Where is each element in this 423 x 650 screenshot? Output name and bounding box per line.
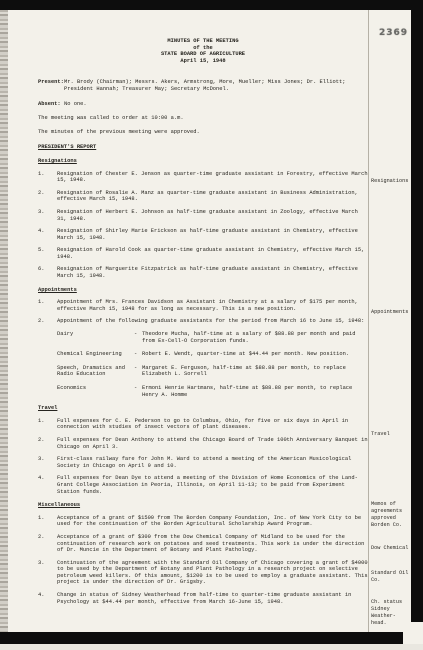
resignation-item: 3. Resignation of Herbert E. Johnson as …: [38, 209, 368, 222]
document-title-block: MINUTES OF THE MEETING of the STATE BOAR…: [38, 38, 368, 64]
item-number: 1.: [38, 418, 57, 431]
miscellaneous-item: 3. Continuation of the agreement with th…: [38, 560, 368, 586]
travel-item: 3. First-class railway fare for John M. …: [38, 456, 368, 469]
item-text: Full expenses for C. E. Pederson to go t…: [57, 418, 368, 431]
item-text: Resignation of Marguerite Fitzpatrick as…: [57, 266, 368, 279]
appointments-heading: Appointments: [38, 287, 368, 294]
dash-separator: -: [134, 385, 142, 398]
resignation-item: 6. Resignation of Marguerite Fitzpatrick…: [38, 266, 368, 279]
travel-item: 1. Full expenses for C. E. Pederson to g…: [38, 418, 368, 431]
resignations-heading: Resignations: [38, 158, 368, 165]
assistant-detail: Ermoni Henrie Hartmans, half-time at $88…: [142, 385, 368, 398]
document-body: MINUTES OF THE MEETING of the STATE BOAR…: [38, 38, 368, 611]
title-line-1: MINUTES OF THE MEETING: [38, 38, 368, 45]
margin-note-standard-oil: Standard Oil Co.: [371, 570, 413, 584]
margin-note-appointments: Appointments: [371, 309, 413, 316]
item-number: 6.: [38, 266, 57, 279]
item-text: Resignation of Harold Cook as quarter-ti…: [57, 247, 368, 260]
travel-item: 4. Full expenses for Dean Dye to attend …: [38, 475, 368, 495]
minutes-approved-line: The minutes of the previous meeting were…: [38, 129, 368, 136]
margin-note-borden: Memos of agreements approved Borden Co.: [371, 501, 413, 529]
item-number: 1.: [38, 299, 57, 312]
margin-note-travel: Travel: [371, 431, 413, 438]
item-number: 2.: [38, 190, 57, 203]
resignation-item: 5. Resignation of Harold Cook as quarter…: [38, 247, 368, 260]
item-text: Acceptance of a grant of $300 from the D…: [57, 534, 368, 554]
item-text: Resignation of Herbert E. Johnson as hal…: [57, 209, 368, 222]
graduate-assistant-row: Economics - Ermoni Henrie Hartmans, half…: [57, 385, 368, 398]
margin-note-resignations: Resignations: [371, 178, 413, 185]
item-text: Resignation of Rosalie A. Manz as quarte…: [57, 190, 368, 203]
absent-label: Absent:: [38, 101, 64, 108]
assistant-detail: Theodore Mucha, half-time at a salary of…: [142, 331, 368, 344]
page-number-stamp: 2369: [379, 28, 408, 38]
department: Chemical Engineering: [57, 351, 134, 358]
miscellaneous-heading: Miscellaneous: [38, 502, 368, 509]
dash-separator: -: [134, 331, 142, 344]
item-text: Appointment of the following graduate as…: [57, 318, 368, 325]
graduate-assistant-row: Dairy - Theodore Mucha, half-time at a s…: [57, 331, 368, 344]
margin-divider-line: [368, 10, 369, 632]
item-number: 3.: [38, 209, 57, 222]
resignation-item: 1. Resignation of Chester E. Jenson as q…: [38, 171, 368, 184]
item-text: Full expenses for Dean Anthony to attend…: [57, 437, 368, 450]
assistant-detail: Margaret E. Ferguson, half-time at $88.8…: [142, 365, 368, 378]
absent-text: No one.: [64, 101, 368, 108]
department: Speech, Dramatics and Radio Education: [57, 365, 134, 378]
title-line-2: of the: [38, 45, 368, 52]
absent-row: Absent: No one.: [38, 101, 368, 108]
travel-heading: Travel: [38, 405, 368, 412]
dash-separator: -: [134, 351, 142, 358]
item-number: 4.: [38, 228, 57, 241]
scan-edge-top: [0, 0, 423, 10]
title-line-3: STATE BOARD OF AGRICULTURE: [38, 51, 368, 58]
miscellaneous-item: 4. Change in status of Sidney Weatherhea…: [38, 592, 368, 605]
department: Dairy: [57, 331, 134, 344]
appointment-item: 1. Appointment of Mrs. Frances Davidson …: [38, 299, 368, 312]
item-number: 1.: [38, 515, 57, 528]
item-number: 1.: [38, 171, 57, 184]
item-text: Continuation of the agreement with the S…: [57, 560, 368, 586]
department: Economics: [57, 385, 134, 398]
item-text: Appointment of Mrs. Frances Davidson as …: [57, 299, 368, 312]
item-text: First-class railway fare for John M. War…: [57, 456, 368, 469]
scan-edge-left: [0, 10, 8, 644]
item-number: 2.: [38, 318, 57, 325]
miscellaneous-item: 1. Acceptance of a grant of $1500 from T…: [38, 515, 368, 528]
item-text: Acceptance of a grant of $1500 from The …: [57, 515, 368, 528]
travel-item: 2. Full expenses for Dean Anthony to att…: [38, 437, 368, 450]
margin-note-weatherhead: Ch. status Sidney Weather- head.: [371, 599, 413, 627]
called-to-order-line: The meeting was called to order at 10:00…: [38, 115, 368, 122]
present-text: Mr. Brody (Chairman); Messrs. Akers, Arm…: [64, 79, 368, 92]
item-text: Change in status of Sidney Weatherhead f…: [57, 592, 368, 605]
item-number: 4.: [38, 475, 57, 495]
graduate-assistant-row: Chemical Engineering - Robert E. Wendt, …: [57, 351, 368, 358]
item-text: Full expenses for Dean Dye to attend a m…: [57, 475, 368, 495]
resignation-item: 4. Resignation of Shirley Marie Erickson…: [38, 228, 368, 241]
scan-edge-bottom-light: [0, 644, 423, 650]
item-number: 4.: [38, 592, 57, 605]
dash-separator: -: [134, 365, 142, 378]
present-label: Present:: [38, 79, 64, 92]
resignation-item: 2. Resignation of Rosalie A. Manz as qua…: [38, 190, 368, 203]
scanned-minutes-page: 2369 MINUTES OF THE MEETING of the STATE…: [0, 0, 423, 650]
appointment-item: 2. Appointment of the following graduate…: [38, 318, 368, 325]
item-number: 3.: [38, 456, 57, 469]
present-row: Present: Mr. Brody (Chairman); Messrs. A…: [38, 79, 368, 92]
item-text: Resignation of Shirley Marie Erickson as…: [57, 228, 368, 241]
title-line-4: April 15, 1948: [38, 58, 368, 65]
miscellaneous-item: 2. Acceptance of a grant of $300 from th…: [38, 534, 368, 554]
item-text: Resignation of Chester E. Jenson as quar…: [57, 171, 368, 184]
graduate-assistant-row: Speech, Dramatics and Radio Education - …: [57, 365, 368, 378]
presidents-report-heading: PRESIDENT'S REPORT: [38, 144, 368, 151]
item-number: 2.: [38, 534, 57, 554]
margin-note-dow-chemical: Dow Chemical: [371, 545, 413, 552]
item-number: 3.: [38, 560, 57, 586]
assistant-detail: Robert E. Wendt, quarter-time at $44.44 …: [142, 351, 368, 358]
item-number: 5.: [38, 247, 57, 260]
item-number: 2.: [38, 437, 57, 450]
scan-edge-bottom: [0, 632, 403, 644]
